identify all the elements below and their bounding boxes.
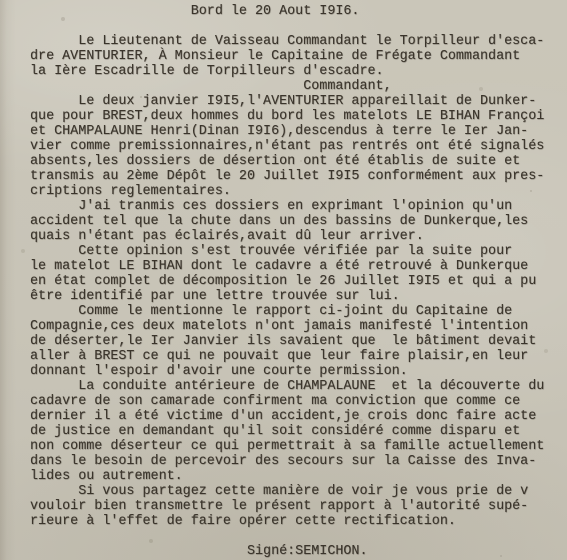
document-line: Le Lieutenant de Vaisseau Commandant le … xyxy=(30,34,563,49)
document-line: absents,les dossiers de désertion ont ét… xyxy=(30,154,563,169)
document-line: Cette opinion s'est trouvée vérifiée par… xyxy=(30,244,563,259)
document-line: criptions reglementaires. xyxy=(30,184,563,199)
document-line: être identifié par une lettre trouvée su… xyxy=(30,289,563,304)
document-line: J'ai tranmis ces dossiers en exprimant l… xyxy=(30,199,563,214)
document-line: Commandant, xyxy=(30,79,563,94)
document-line: quais n'étant pas éclairés,avait dû leur… xyxy=(30,229,563,244)
document-line: Si vous partagez cette manière de voir j… xyxy=(30,484,563,499)
document-line: Compagnie,ces deux matelots n'ont jamais… xyxy=(30,319,563,334)
document-line xyxy=(30,529,563,544)
document-line: dre AVENTURIER, À Monsieur le Capitaine … xyxy=(30,49,563,64)
document-line: accident tel que la chute dans un des ba… xyxy=(30,214,563,229)
document-line: non comme déserteur ce qui permettrait à… xyxy=(30,439,563,454)
document-line: Le deux janvier I9I5,l'AVENTURIER appare… xyxy=(30,94,563,109)
document-line: et CHAMPALAUNE Henri(Dinan I9I6),descend… xyxy=(30,124,563,139)
document-line: de déserter,le Ier Janvier ils savaient … xyxy=(30,334,563,349)
document-line: Bord le 20 Aout I9I6. xyxy=(30,4,563,19)
document-line: Comme le mentionne le rapport ci-joint d… xyxy=(30,304,563,319)
document-line: rieure à l'effet de faire opérer cette r… xyxy=(30,514,563,529)
document-line: de justice en demandant qu'il soit consi… xyxy=(30,424,563,439)
document-line: le matelot LE BIHAN dont le cadavre a ét… xyxy=(30,259,563,274)
document-line: donnant l'espoir d'avoir une courte perm… xyxy=(30,364,563,379)
document-line: dernier il a été victime d'un accident,j… xyxy=(30,409,563,424)
document-line: La conduite antérieure de CHAMPALAUNE et… xyxy=(30,379,563,394)
document-line: la Ière Escadrille de Torpilleurs d'esca… xyxy=(30,64,563,79)
document-line: dans le besoin de percevoir des secours … xyxy=(30,454,563,469)
document-line: aller à BREST ce qui ne pouvait que leur… xyxy=(30,349,563,364)
document-line: cadavre de son camarade confirment ma co… xyxy=(30,394,563,409)
document-line: Signé:SEMICHON. xyxy=(30,544,563,559)
paper-speckles xyxy=(0,0,2,2)
document-line: que pour BREST,deux hommes du bord les m… xyxy=(30,109,563,124)
document-line: lides ou autrement. xyxy=(30,469,563,484)
document-line xyxy=(30,19,563,34)
document-line: vouloir bien transmettre le présent rapp… xyxy=(30,499,563,514)
document-line: en état complet de décomposition le 26 J… xyxy=(30,274,563,289)
document-line: transmis au 2ème Dépôt le 20 Juillet I9I… xyxy=(30,169,563,184)
document-line: vier comme premissionnaires,n'étant pas … xyxy=(30,139,563,154)
document-body: Bord le 20 Aout I9I6. Le Lieutenant de V… xyxy=(30,4,563,559)
scanned-document-page: Bord le 20 Aout I9I6. Le Lieutenant de V… xyxy=(0,0,567,560)
